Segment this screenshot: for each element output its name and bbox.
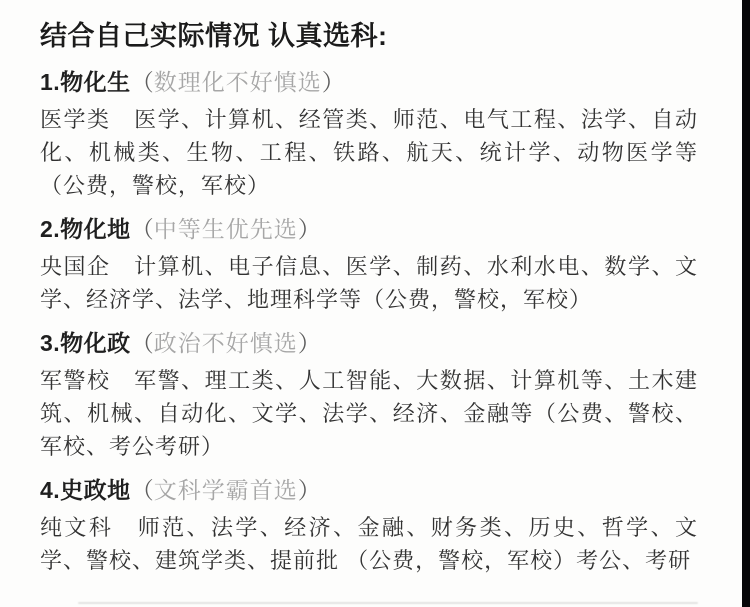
paren-open: （ bbox=[131, 477, 154, 503]
section-heading: 3.物化政（政治不好慎选） bbox=[40, 328, 698, 358]
paren-open: （ bbox=[131, 216, 154, 242]
section-combo-label: 2.物化地 bbox=[40, 216, 131, 242]
section-combo-label: 4.史政地 bbox=[40, 477, 131, 503]
section-combo-label: 3.物化政 bbox=[40, 330, 131, 356]
note-text: 文科学霸首选 bbox=[154, 477, 298, 503]
section-note: （政治不好慎选） bbox=[131, 330, 321, 356]
screen-edge-bar bbox=[742, 0, 750, 607]
section-note: （中等生优先选） bbox=[131, 216, 321, 242]
section-body: 央国企 计算机、电子信息、医学、制药、水利水电、数学、文学、经济学、法学、地理科… bbox=[40, 250, 698, 316]
section-note: （文科学霸首选） bbox=[131, 477, 321, 503]
paren-close: ） bbox=[322, 69, 345, 95]
note-text: 数理化不好慎选 bbox=[154, 69, 322, 95]
section-wuhuasheng: 1.物化生（数理化不好慎选） 医学类 医学、计算机、经管类、师范、电气工程、法学… bbox=[40, 67, 698, 202]
section-shizhengdi: 4.史政地（文科学霸首选） 纯文科 师范、法学、经济、金融、财务类、历史、哲学、… bbox=[40, 475, 698, 577]
section-heading: 2.物化地（中等生优先选） bbox=[40, 214, 698, 244]
paren-close: ） bbox=[298, 477, 321, 503]
section-body: 纯文科 师范、法学、经济、金融、财务类、历史、哲学、文学、警校、建筑学类、提前批… bbox=[40, 511, 698, 577]
bottom-artifact-line bbox=[78, 602, 698, 604]
page-title: 结合自己实际情况 认真选科: bbox=[40, 14, 698, 53]
paren-close: ） bbox=[298, 330, 321, 356]
section-wuhuadi: 2.物化地（中等生优先选） 央国企 计算机、电子信息、医学、制药、水利水电、数学… bbox=[40, 214, 698, 316]
document-page: 结合自己实际情况 认真选科: 1.物化生（数理化不好慎选） 医学类 医学、计算机… bbox=[0, 0, 742, 607]
section-heading: 1.物化生（数理化不好慎选） bbox=[40, 67, 698, 97]
section-combo-label: 1.物化生 bbox=[40, 69, 131, 95]
note-text: 中等生优先选 bbox=[154, 216, 298, 242]
section-body: 军警校 军警、理工类、人工智能、大数据、计算机等、土木建筑、机械、自动化、文学、… bbox=[40, 364, 698, 463]
paren-open: （ bbox=[131, 330, 154, 356]
section-note: （数理化不好慎选） bbox=[131, 69, 345, 95]
paren-close: ） bbox=[298, 216, 321, 242]
note-text: 政治不好慎选 bbox=[154, 330, 298, 356]
section-heading: 4.史政地（文科学霸首选） bbox=[40, 475, 698, 505]
section-wuhuazheng: 3.物化政（政治不好慎选） 军警校 军警、理工类、人工智能、大数据、计算机等、土… bbox=[40, 328, 698, 463]
section-body: 医学类 医学、计算机、经管类、师范、电气工程、法学、自动化、机械类、生物、工程、… bbox=[40, 103, 698, 202]
paren-open: （ bbox=[131, 69, 154, 95]
